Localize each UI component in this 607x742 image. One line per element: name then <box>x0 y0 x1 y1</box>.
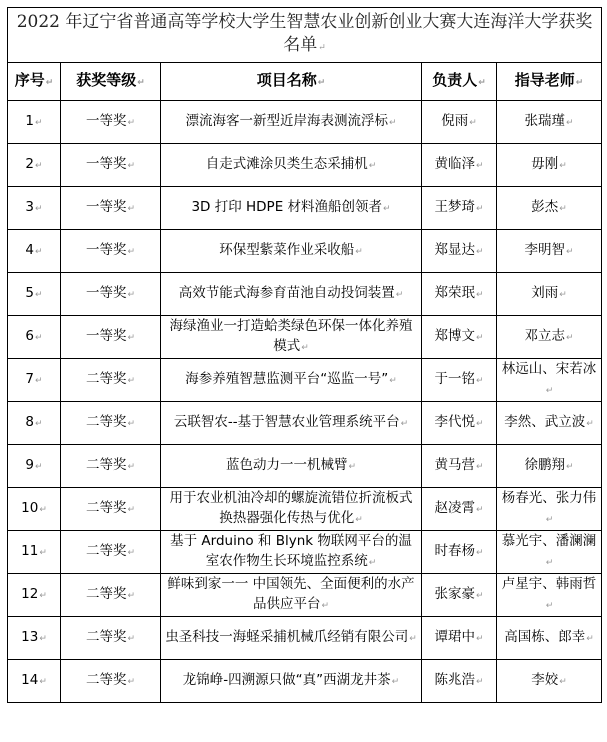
cell-leader: 陈兆浩↵ <box>422 660 497 703</box>
paragraph-mark-icon: ↵ <box>321 601 329 611</box>
cell-advisor: 李明智↵ <box>497 230 602 273</box>
paragraph-mark-icon: ↵ <box>137 78 145 88</box>
paragraph-mark-icon: ↵ <box>39 591 47 601</box>
paragraph-mark-icon: ↵ <box>127 247 135 257</box>
paragraph-mark-icon: ↵ <box>476 290 484 300</box>
level-text: 一等奖 <box>86 328 127 344</box>
advisor-text: 徐鹏翔 <box>525 457 566 473</box>
leader-text: 谭珺中 <box>434 629 475 645</box>
paragraph-mark-icon: ↵ <box>127 634 135 644</box>
paragraph-mark-icon: ↵ <box>39 548 47 558</box>
cell-project: 海绿渔业一打造蛤类绿色环保一体化养殖模式↵ <box>161 316 422 359</box>
advisor-text: 杨春光、张力伟 <box>502 490 597 506</box>
paragraph-mark-icon: ↵ <box>127 548 135 558</box>
paragraph-mark-icon: ↵ <box>35 290 43 300</box>
paragraph-mark-icon: ↵ <box>546 515 554 525</box>
cell-project: 自走式滩涂贝类生态采捕机↵ <box>161 144 422 187</box>
table-row: 1↵ 一等奖↵ 漂流海客一新型近岸海表测流浮标↵ 倪雨↵ 张瑞瑾↵ <box>8 101 602 144</box>
project-text: 海参养殖智慧监测平台“巡监一号” <box>185 371 388 387</box>
cell-advisor: 林远山、宋若冰↵ <box>497 359 602 402</box>
leader-text: 倪雨 <box>441 113 468 129</box>
table-row: 7↵ 二等奖↵ 海参养殖智慧监测平台“巡监一号”↵ 于一铭↵ 林远山、宋若冰↵ <box>8 359 602 402</box>
index-text: 13 <box>21 629 38 645</box>
cell-leader: 倪雨↵ <box>422 101 497 144</box>
level-text: 二等奖 <box>86 500 127 516</box>
cell-index: 3↵ <box>8 187 61 230</box>
cell-index: 8↵ <box>8 402 61 445</box>
cell-leader: 王梦琦↵ <box>422 187 497 230</box>
paragraph-mark-icon: ↵ <box>476 161 484 171</box>
paragraph-mark-icon: ↵ <box>127 376 135 386</box>
cell-advisor: 彭杰↵ <box>497 187 602 230</box>
cell-leader: 于一铭↵ <box>422 359 497 402</box>
project-text: 高效节能式海参育苗池自动投饲装置 <box>179 285 395 301</box>
paragraph-mark-icon: ↵ <box>476 204 484 214</box>
index-text: 5 <box>25 285 34 301</box>
header-advisor: 指导老师↵ <box>497 63 602 101</box>
cell-project: 漂流海客一新型近岸海表测流浮标↵ <box>161 101 422 144</box>
level-text: 一等奖 <box>86 242 127 258</box>
paragraph-mark-icon: ↵ <box>476 419 484 429</box>
project-text: 环保型紫菜作业采收船 <box>219 242 354 258</box>
paragraph-mark-icon: ↵ <box>127 161 135 171</box>
paragraph-mark-icon: ↵ <box>586 634 594 644</box>
leader-text: 郑荣珉 <box>434 285 475 301</box>
leader-text: 王梦琦 <box>434 199 475 215</box>
cell-leader: 谭珺中↵ <box>422 617 497 660</box>
paragraph-mark-icon: ↵ <box>389 376 397 386</box>
paragraph-mark-icon: ↵ <box>409 634 417 644</box>
paragraph-mark-icon: ↵ <box>127 591 135 601</box>
advisor-text: 邓立志 <box>525 328 566 344</box>
paragraph-mark-icon: ↵ <box>127 204 135 214</box>
cell-level: 一等奖↵ <box>61 144 161 187</box>
paragraph-mark-icon: ↵ <box>559 290 567 300</box>
level-text: 二等奖 <box>86 629 127 645</box>
paragraph-mark-icon: ↵ <box>318 78 326 88</box>
paragraph-mark-icon: ↵ <box>127 677 135 687</box>
paragraph-mark-icon: ↵ <box>476 548 484 558</box>
paragraph-mark-icon: ↵ <box>476 247 484 257</box>
paragraph-mark-icon: ↵ <box>127 118 135 128</box>
paragraph-mark-icon: ↵ <box>476 634 484 644</box>
cell-leader: 李代悦↵ <box>422 402 497 445</box>
paragraph-mark-icon: ↵ <box>476 677 484 687</box>
leader-text: 张家豪 <box>434 586 475 602</box>
cell-project: 蓝色动力一一机械臂↵ <box>161 445 422 488</box>
project-text: 漂流海客一新型近岸海表测流浮标 <box>185 113 388 129</box>
cell-level: 二等奖↵ <box>61 359 161 402</box>
level-text: 二等奖 <box>86 543 127 559</box>
project-text: 鲜味到家一一 中国领先、全面便利的水产品供应平台 <box>167 576 414 612</box>
paragraph-mark-icon: ↵ <box>392 677 400 687</box>
paragraph-mark-icon: ↵ <box>546 601 554 611</box>
table-row: 2↵ 一等奖↵ 自走式滩涂贝类生态采捕机↵ 黄临泽↵ 毋刚↵ <box>8 144 602 187</box>
leader-text: 赵凌霄 <box>434 500 475 516</box>
project-text: 龙锦峥-四溯源只做“真”西湖龙井茶 <box>183 672 391 688</box>
paragraph-mark-icon: ↵ <box>576 78 584 88</box>
paragraph-mark-icon: ↵ <box>318 43 326 53</box>
paragraph-mark-icon: ↵ <box>566 333 574 343</box>
paragraph-mark-icon: ↵ <box>389 118 397 128</box>
index-text: 2 <box>25 156 34 172</box>
cell-project: 海参养殖智慧监测平台“巡监一号”↵ <box>161 359 422 402</box>
paragraph-mark-icon: ↵ <box>559 204 567 214</box>
index-text: 7 <box>25 371 34 387</box>
cell-index: 13↵ <box>8 617 61 660</box>
leader-text: 郑博文 <box>434 328 475 344</box>
advisor-text: 刘雨 <box>531 285 558 301</box>
table-row: 10↵ 二等奖↵ 用于农业机油冷却的螺旋流错位折流板式换热器强化传热与优化↵ 赵… <box>8 488 602 531</box>
paragraph-mark-icon: ↵ <box>301 343 309 353</box>
index-text: 11 <box>21 543 38 559</box>
paragraph-mark-icon: ↵ <box>35 118 43 128</box>
page-title: 2022 年辽宁省普通高等学校大学生智慧农业创新创业大赛大连海洋大学获奖名单 <box>17 12 593 55</box>
paragraph-mark-icon: ↵ <box>559 677 567 687</box>
leader-text: 于一铭 <box>434 371 475 387</box>
index-text: 4 <box>25 242 34 258</box>
cell-advisor: 李然、武立波↵ <box>497 402 602 445</box>
paragraph-mark-icon: ↵ <box>35 204 43 214</box>
cell-leader: 黄马营↵ <box>422 445 497 488</box>
paragraph-mark-icon: ↵ <box>39 634 47 644</box>
paragraph-mark-icon: ↵ <box>127 419 135 429</box>
paragraph-mark-icon: ↵ <box>566 462 574 472</box>
cell-advisor: 毋刚↵ <box>497 144 602 187</box>
paragraph-mark-icon: ↵ <box>127 290 135 300</box>
level-text: 一等奖 <box>86 199 127 215</box>
cell-level: 一等奖↵ <box>61 230 161 273</box>
table-row: 8↵ 二等奖↵ 云联智农--基于智慧农业管理系统平台↵ 李代悦↵ 李然、武立波↵ <box>8 402 602 445</box>
cell-project: 3D 打印 HDPE 材料渔船创领者↵ <box>161 187 422 230</box>
index-text: 3 <box>25 199 34 215</box>
paragraph-mark-icon: ↵ <box>476 376 484 386</box>
paragraph-mark-icon: ↵ <box>469 118 477 128</box>
cell-level: 一等奖↵ <box>61 101 161 144</box>
cell-level: 二等奖↵ <box>61 574 161 617</box>
header-leader: 负责人↵ <box>422 63 497 101</box>
advisor-text: 张瑞瑾 <box>525 113 566 129</box>
cell-leader: 郑显达↵ <box>422 230 497 273</box>
header-row: 序号↵ 获奖等级↵ 项目名称↵ 负责人↵ 指导老师↵ <box>8 63 602 101</box>
advisor-text: 李然、武立波 <box>504 414 585 430</box>
cell-advisor: 刘雨↵ <box>497 273 602 316</box>
project-text: 虫圣科技一海蛏采捕机械爪经销有限公司 <box>165 629 408 645</box>
level-text: 二等奖 <box>86 371 127 387</box>
index-text: 1 <box>25 113 34 129</box>
cell-level: 二等奖↵ <box>61 445 161 488</box>
cell-project: 高效节能式海参育苗池自动投饲装置↵ <box>161 273 422 316</box>
paragraph-mark-icon: ↵ <box>39 677 47 687</box>
project-text: 蓝色动力一一机械臂 <box>226 457 348 473</box>
paragraph-mark-icon: ↵ <box>355 515 363 525</box>
paragraph-mark-icon: ↵ <box>559 161 567 171</box>
leader-text: 黄马营 <box>434 457 475 473</box>
paragraph-mark-icon: ↵ <box>127 462 135 472</box>
table-row: 4↵ 一等奖↵ 环保型紫菜作业采收船↵ 郑显达↵ 李明智↵ <box>8 230 602 273</box>
table-row: 6↵ 一等奖↵ 海绿渔业一打造蛤类绿色环保一体化养殖模式↵ 郑博文↵ 邓立志↵ <box>8 316 602 359</box>
leader-text: 黄临泽 <box>434 156 475 172</box>
paragraph-mark-icon: ↵ <box>476 505 484 515</box>
paragraph-mark-icon: ↵ <box>46 78 54 88</box>
table-title-cell: 2022 年辽宁省普通高等学校大学生智慧农业创新创业大赛大连海洋大学获奖名单↵ <box>8 8 602 63</box>
cell-advisor: 李姣↵ <box>497 660 602 703</box>
cell-project: 龙锦峥-四溯源只做“真”西湖龙井茶↵ <box>161 660 422 703</box>
paragraph-mark-icon: ↵ <box>476 333 484 343</box>
cell-level: 二等奖↵ <box>61 402 161 445</box>
header-index: 序号↵ <box>8 63 61 101</box>
table-row: 14↵ 二等奖↵ 龙锦峥-四溯源只做“真”西湖龙井茶↵ 陈兆浩↵ 李姣↵ <box>8 660 602 703</box>
project-text: 用于农业机油冷却的螺旋流错位折流板式换热器强化传热与优化 <box>170 490 413 526</box>
project-text: 云联智农--基于智慧农业管理系统平台 <box>174 414 400 430</box>
cell-advisor: 张瑞瑾↵ <box>497 101 602 144</box>
cell-index: 5↵ <box>8 273 61 316</box>
cell-index: 2↵ <box>8 144 61 187</box>
paragraph-mark-icon: ↵ <box>127 505 135 515</box>
advisor-text: 李明智 <box>525 242 566 258</box>
project-text: 自走式滩涂贝类生态采捕机 <box>206 156 368 172</box>
cell-advisor: 慕光宇、潘澜澜↵ <box>497 531 602 574</box>
paragraph-mark-icon: ↵ <box>35 161 43 171</box>
cell-level: 二等奖↵ <box>61 488 161 531</box>
paragraph-mark-icon: ↵ <box>476 591 484 601</box>
index-text: 8 <box>25 414 34 430</box>
advisor-text: 毋刚 <box>531 156 558 172</box>
cell-leader: 赵凌霄↵ <box>422 488 497 531</box>
advisor-text: 慕光宇、潘澜澜 <box>502 533 597 549</box>
cell-index: 7↵ <box>8 359 61 402</box>
table-row: 11↵ 二等奖↵ 基于 Arduino 和 Blynk 物联网平台的温室农作物生… <box>8 531 602 574</box>
paragraph-mark-icon: ↵ <box>127 333 135 343</box>
cell-level: 一等奖↵ <box>61 316 161 359</box>
cell-project: 鲜味到家一一 中国领先、全面便利的水产品供应平台↵ <box>161 574 422 617</box>
cell-level: 二等奖↵ <box>61 660 161 703</box>
cell-project: 用于农业机油冷却的螺旋流错位折流板式换热器强化传热与优化↵ <box>161 488 422 531</box>
paragraph-mark-icon: ↵ <box>383 204 391 214</box>
paragraph-mark-icon: ↵ <box>396 290 404 300</box>
cell-leader: 张家豪↵ <box>422 574 497 617</box>
leader-text: 李代悦 <box>434 414 475 430</box>
cell-level: 一等奖↵ <box>61 273 161 316</box>
cell-index: 1↵ <box>8 101 61 144</box>
cell-index: 9↵ <box>8 445 61 488</box>
cell-project: 环保型紫菜作业采收船↵ <box>161 230 422 273</box>
advisor-text: 高国栋、郎幸 <box>504 629 585 645</box>
cell-project: 云联智农--基于智慧农业管理系统平台↵ <box>161 402 422 445</box>
level-text: 二等奖 <box>86 414 127 430</box>
index-text: 6 <box>25 328 34 344</box>
paragraph-mark-icon: ↵ <box>401 419 409 429</box>
paragraph-mark-icon: ↵ <box>369 161 377 171</box>
cell-index: 6↵ <box>8 316 61 359</box>
paragraph-mark-icon: ↵ <box>586 419 594 429</box>
paragraph-mark-icon: ↵ <box>546 386 554 396</box>
cell-index: 10↵ <box>8 488 61 531</box>
cell-index: 14↵ <box>8 660 61 703</box>
project-text: 海绿渔业一打造蛤类绿色环保一体化养殖模式 <box>170 318 413 354</box>
leader-text: 时春杨 <box>434 543 475 559</box>
cell-level: 二等奖↵ <box>61 531 161 574</box>
cell-level: 二等奖↵ <box>61 617 161 660</box>
paragraph-mark-icon: ↵ <box>35 247 43 257</box>
level-text: 一等奖 <box>86 113 127 129</box>
level-text: 二等奖 <box>86 586 127 602</box>
cell-advisor: 卢星宇、韩雨哲↵ <box>497 574 602 617</box>
index-text: 14 <box>21 672 38 688</box>
paragraph-mark-icon: ↵ <box>35 376 43 386</box>
table-row: 12↵ 二等奖↵ 鲜味到家一一 中国领先、全面便利的水产品供应平台↵ 张家豪↵ … <box>8 574 602 617</box>
table-row: 5↵ 一等奖↵ 高效节能式海参育苗池自动投饲装置↵ 郑荣珉↵ 刘雨↵ <box>8 273 602 316</box>
advisor-text: 卢星宇、韩雨哲 <box>502 576 597 592</box>
cell-advisor: 杨春光、张力伟↵ <box>497 488 602 531</box>
paragraph-mark-icon: ↵ <box>355 247 363 257</box>
paragraph-mark-icon: ↵ <box>35 462 43 472</box>
paragraph-mark-icon: ↵ <box>478 78 486 88</box>
leader-text: 郑显达 <box>434 242 475 258</box>
cell-index: 4↵ <box>8 230 61 273</box>
paragraph-mark-icon: ↵ <box>566 118 574 128</box>
level-text: 二等奖 <box>86 457 127 473</box>
paragraph-mark-icon: ↵ <box>369 558 377 568</box>
cell-index: 12↵ <box>8 574 61 617</box>
advisor-text: 林远山、宋若冰 <box>502 361 597 377</box>
header-project: 项目名称↵ <box>161 63 422 101</box>
cell-leader: 郑博文↵ <box>422 316 497 359</box>
level-text: 一等奖 <box>86 156 127 172</box>
paragraph-mark-icon: ↵ <box>566 247 574 257</box>
index-text: 10 <box>21 500 38 516</box>
table-row: 3↵ 一等奖↵ 3D 打印 HDPE 材料渔船创领者↵ 王梦琦↵ 彭杰↵ <box>8 187 602 230</box>
paragraph-mark-icon: ↵ <box>39 505 47 515</box>
cell-project: 虫圣科技一海蛏采捕机械爪经销有限公司↵ <box>161 617 422 660</box>
cell-leader: 郑荣珉↵ <box>422 273 497 316</box>
cell-leader: 黄临泽↵ <box>422 144 497 187</box>
level-text: 一等奖 <box>86 285 127 301</box>
advisor-text: 彭杰 <box>531 199 558 215</box>
level-text: 二等奖 <box>86 672 127 688</box>
cell-project: 基于 Arduino 和 Blynk 物联网平台的温室农作物生长环境监控系统↵ <box>161 531 422 574</box>
leader-text: 陈兆浩 <box>434 672 475 688</box>
paragraph-mark-icon: ↵ <box>348 462 356 472</box>
paragraph-mark-icon: ↵ <box>546 558 554 568</box>
index-text: 12 <box>21 586 38 602</box>
cell-advisor: 邓立志↵ <box>497 316 602 359</box>
project-text: 3D 打印 HDPE 材料渔船创领者 <box>191 199 382 215</box>
award-list-table: 2022 年辽宁省普通高等学校大学生智慧农业创新创业大赛大连海洋大学获奖名单↵ … <box>7 7 602 703</box>
paragraph-mark-icon: ↵ <box>476 462 484 472</box>
paragraph-mark-icon: ↵ <box>35 333 43 343</box>
cell-index: 11↵ <box>8 531 61 574</box>
table-row: 9↵ 二等奖↵ 蓝色动力一一机械臂↵ 黄马营↵ 徐鹏翔↵ <box>8 445 602 488</box>
advisor-text: 李姣 <box>531 672 558 688</box>
table-row: 13↵ 二等奖↵ 虫圣科技一海蛏采捕机械爪经销有限公司↵ 谭珺中↵ 高国栋、郎幸… <box>8 617 602 660</box>
cell-advisor: 徐鹏翔↵ <box>497 445 602 488</box>
cell-leader: 时春杨↵ <box>422 531 497 574</box>
cell-level: 一等奖↵ <box>61 187 161 230</box>
paragraph-mark-icon: ↵ <box>35 419 43 429</box>
cell-advisor: 高国栋、郎幸↵ <box>497 617 602 660</box>
index-text: 9 <box>25 457 34 473</box>
header-level: 获奖等级↵ <box>61 63 161 101</box>
